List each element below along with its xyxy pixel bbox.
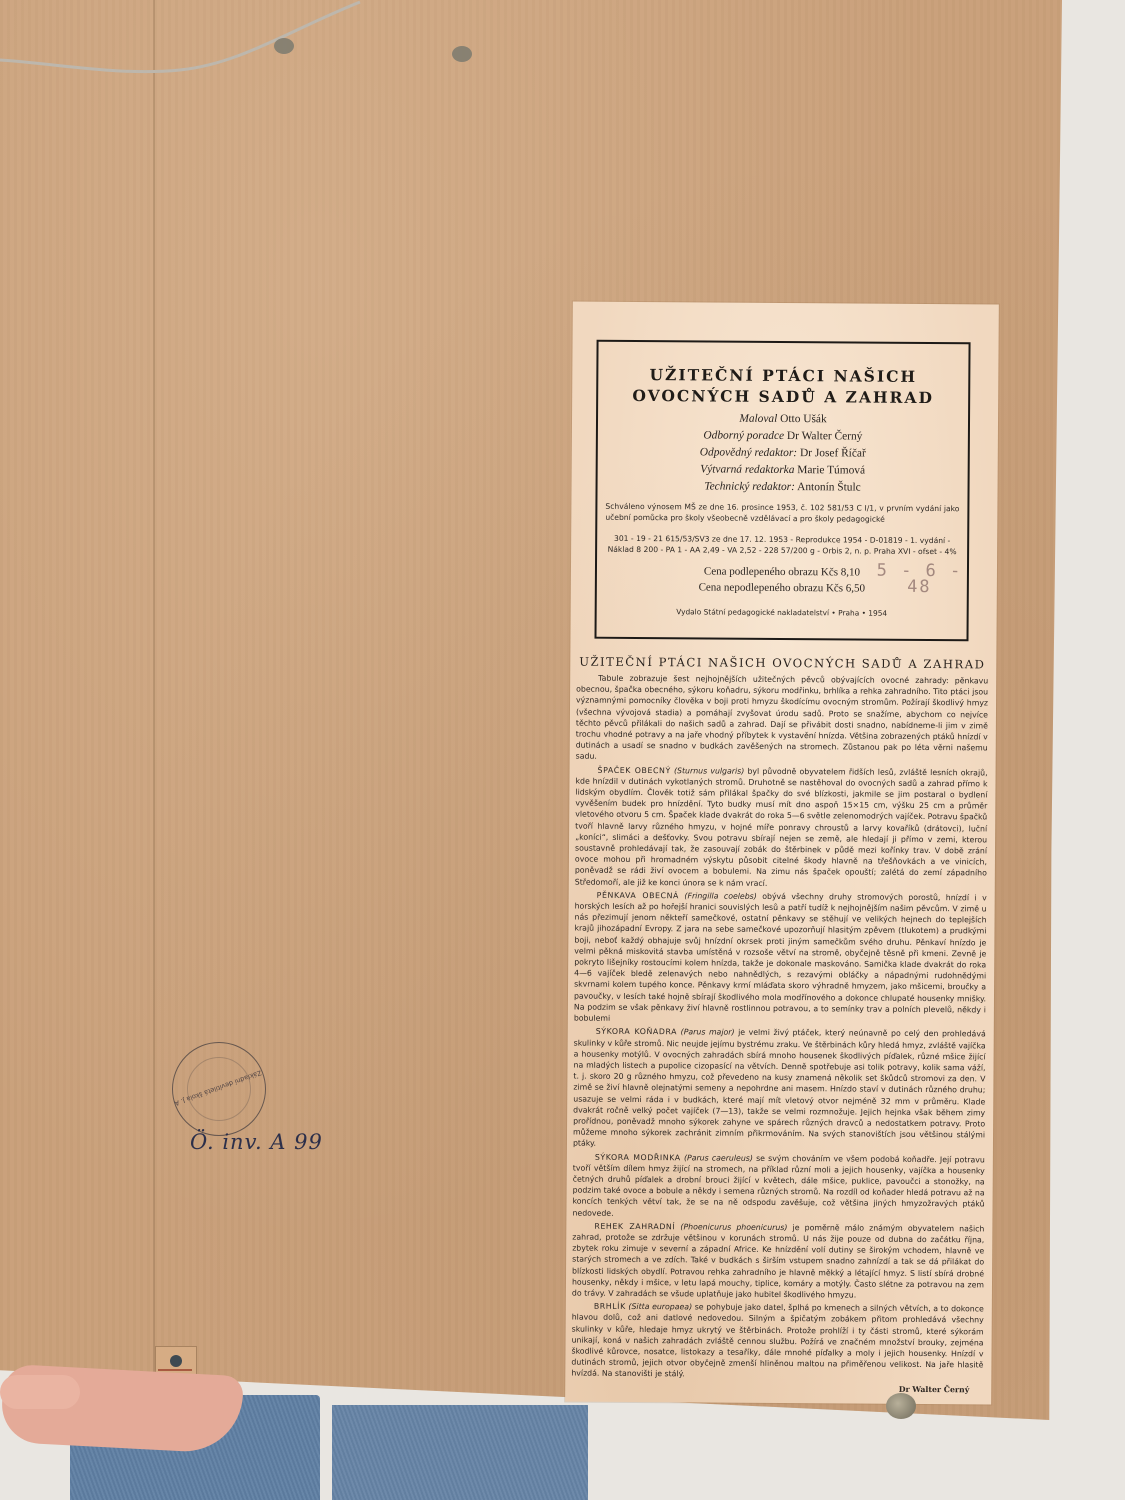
nail-hole (452, 46, 472, 62)
section-paragraph: ŠPAČEK OBECNÝ (Sturnus vulgaris) byl pův… (575, 764, 988, 890)
jeans-right-leg (332, 1405, 588, 1500)
hanging-string (0, 0, 420, 90)
title-line-2: OVOCNÝCH SADŮ A ZAHRAD (598, 385, 968, 409)
publisher: Vydalo Státní pedagogické nakladatelství… (597, 607, 967, 619)
section-paragraph: SÝKORA KOŇADRA (Parus major) je velmi ži… (573, 1026, 986, 1152)
chart-label: UŽITEČNÍ PTÁCI NAŠICH OVOCNÝCH SADŮ A ZA… (565, 302, 999, 1405)
thumb (0, 1375, 80, 1409)
inventory-note: Ö. inv. A 99 (190, 1130, 323, 1154)
credit-line: Technický redaktor: Antonín Štulc (597, 478, 967, 498)
section-paragraph: PĚNKAVA OBECNÁ (Fringilla coelebs) obývá… (574, 889, 987, 1026)
imprint-text: 301 - 19 - 21 615/53/SV3 ze dne 17. 12. … (605, 533, 959, 557)
section-paragraph: BRHLÍK (Sitta europaea) se pohybuje jako… (571, 1301, 984, 1382)
description-body: UŽITEČNÍ PTÁCI NAŠICH OVOCNÝCH SADŮ A ZA… (571, 654, 988, 1396)
board-crease (153, 0, 155, 1400)
approval-text: Schváleno výnosem MŠ ze dne 16. prosince… (605, 501, 959, 525)
header-box: UŽITEČNÍ PTÁCI NAŠICH OVOCNÝCH SADŮ A ZA… (594, 340, 970, 642)
intro-paragraph: Tabule zobrazuje šest nejhojnějších užit… (576, 673, 989, 765)
section-paragraph: SÝKORA MODŘINKA (Parus caeruleus) se svý… (572, 1151, 984, 1221)
nail-hole (274, 38, 294, 54)
label-title: UŽITEČNÍ PTÁCI NAŠICH OVOCNÝCH SADŮ A ZA… (598, 364, 968, 409)
credits: Maloval Otto Ušák Odborný poradce Dr Wal… (597, 410, 968, 498)
section-paragraph: REHEK ZAHRADNÍ (Phoenicurus phoenicurus)… (572, 1220, 985, 1301)
title-line-1: UŽITEČNÍ PTÁCI NAŠICH (598, 364, 968, 388)
rivet (886, 1393, 916, 1419)
body-title: UŽITEČNÍ PTÁCI NAŠICH OVOCNÝCH SADŮ A ZA… (576, 654, 988, 673)
prices: Cena podlepeného obrazu Kčs 8,10 Cena ne… (597, 563, 967, 598)
stamped-number: 5 - 6 - 48 (872, 563, 967, 596)
signature: Dr Walter Černý (571, 1381, 969, 1395)
